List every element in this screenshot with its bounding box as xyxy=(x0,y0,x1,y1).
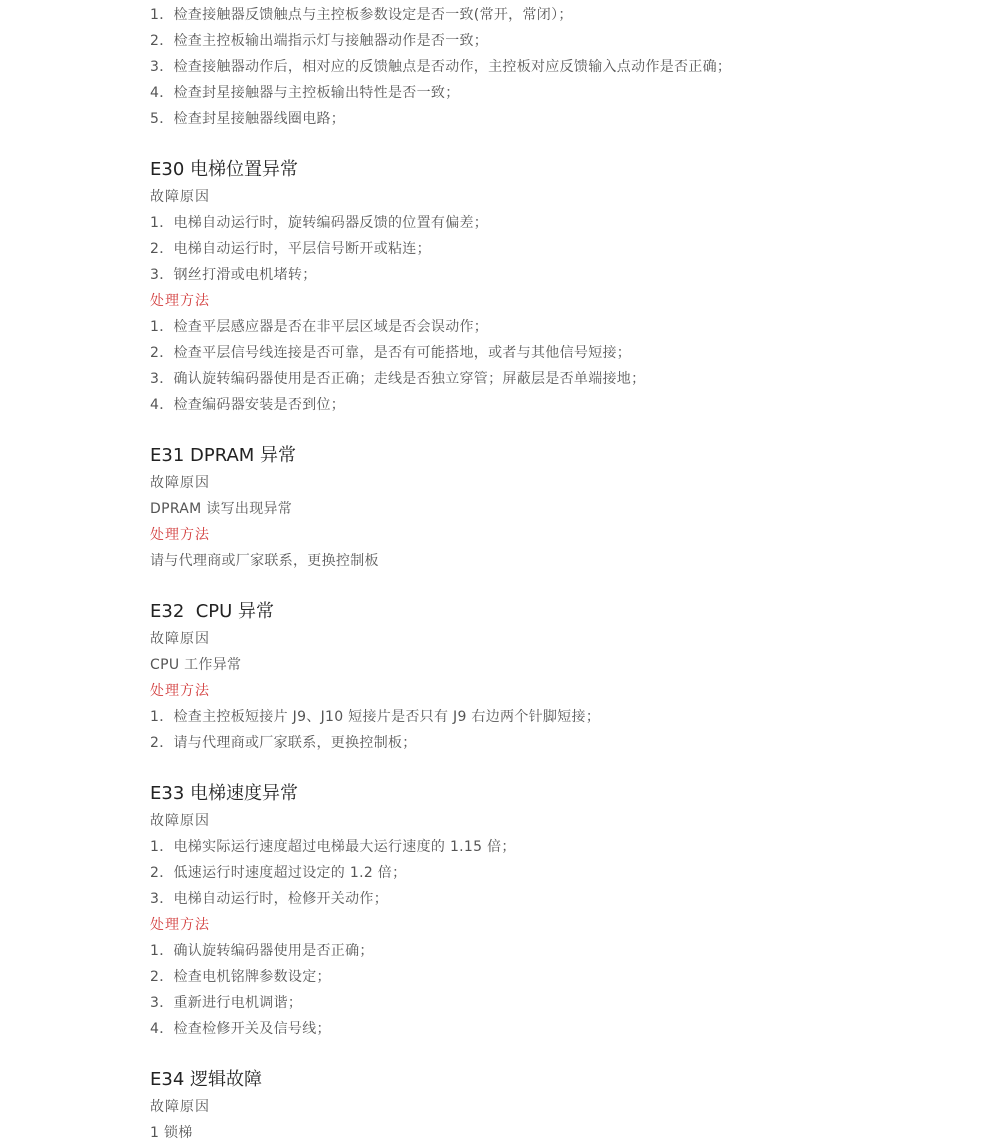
list-item: 4．检查检修开关及信号线； xyxy=(150,1016,870,1042)
section-e30: E30 电梯位置异常 故障原因 1．电梯自动运行时，旋转编码器反馈的位置有偏差；… xyxy=(150,156,870,418)
cause-label: 故障原因 xyxy=(150,808,870,834)
section-heading: E31 DPRAM 异常 xyxy=(150,442,870,470)
list-item: 3．检查接触器动作后，相对应的反馈触点是否动作，主控板对应反馈输入点动作是否正确… xyxy=(150,54,870,80)
solution-label: 处理方法 xyxy=(150,288,870,314)
list-item: 1．电梯实际运行速度超过电梯最大运行速度的 1.15 倍； xyxy=(150,834,870,860)
section-e34: E34 逻辑故障 故障原因 1 锁梯 xyxy=(150,1066,870,1145)
list-item: 2．检查电机铭牌参数设定； xyxy=(150,964,870,990)
list-item: 1．检查平层感应器是否在非平层区域是否会误动作； xyxy=(150,314,870,340)
cause-label: 故障原因 xyxy=(150,626,870,652)
list-item: 3．电梯自动运行时，检修开关动作； xyxy=(150,886,870,912)
list-item: 2．请与代理商或厂家联系，更换控制板； xyxy=(150,730,870,756)
section-heading: E32 CPU 异常 xyxy=(150,598,870,626)
list-item: 3．重新进行电机调谐； xyxy=(150,990,870,1016)
section-heading: E30 电梯位置异常 xyxy=(150,156,870,184)
solution-label: 处理方法 xyxy=(150,522,870,548)
list-item: DPRAM 读写出现异常 xyxy=(150,496,870,522)
section-e31: E31 DPRAM 异常 故障原因 DPRAM 读写出现异常 处理方法 请与代理… xyxy=(150,442,870,574)
section-e32: E32 CPU 异常 故障原因 CPU 工作异常 处理方法 1．检查主控板短接片… xyxy=(150,598,870,756)
list-item: 3．钢丝打滑或电机堵转； xyxy=(150,262,870,288)
document-body: 1．检查接触器反馈触点与主控板参数设定是否一致(常开，常闭）； 2．检查主控板输… xyxy=(150,2,870,1145)
list-item: 4．检查封星接触器与主控板输出特性是否一致； xyxy=(150,80,870,106)
list-item: 4．检查编码器安装是否到位； xyxy=(150,392,870,418)
list-item: 1．确认旋转编码器使用是否正确； xyxy=(150,938,870,964)
list-item: 5．检查封星接触器线圈电路； xyxy=(150,106,870,132)
list-item: 2．电梯自动运行时，平层信号断开或粘连； xyxy=(150,236,870,262)
solution-label: 处理方法 xyxy=(150,912,870,938)
section-heading: E34 逻辑故障 xyxy=(150,1066,870,1094)
list-item: 1．检查主控板短接片 J9、J10 短接片是否只有 J9 右边两个针脚短接； xyxy=(150,704,870,730)
cause-label: 故障原因 xyxy=(150,470,870,496)
solution-label: 处理方法 xyxy=(150,678,870,704)
list-item: 2．检查平层信号线连接是否可靠，是否有可能搭地，或者与其他信号短接； xyxy=(150,340,870,366)
list-item: 1 锁梯 xyxy=(150,1120,870,1145)
list-item: CPU 工作异常 xyxy=(150,652,870,678)
list-item: 1．电梯自动运行时，旋转编码器反馈的位置有偏差； xyxy=(150,210,870,236)
list-item: 2．检查主控板输出端指示灯与接触器动作是否一致； xyxy=(150,28,870,54)
list-item: 3．确认旋转编码器使用是否正确；走线是否独立穿管；屏蔽层是否单端接地； xyxy=(150,366,870,392)
cause-label: 故障原因 xyxy=(150,184,870,210)
list-item: 请与代理商或厂家联系，更换控制板 xyxy=(150,548,870,574)
cause-label: 故障原因 xyxy=(150,1094,870,1120)
list-item: 1．检查接触器反馈触点与主控板参数设定是否一致(常开，常闭）； xyxy=(150,2,870,28)
section-heading: E33 电梯速度异常 xyxy=(150,780,870,808)
section-e33: E33 电梯速度异常 故障原因 1．电梯实际运行速度超过电梯最大运行速度的 1.… xyxy=(150,780,870,1042)
list-item: 2．低速运行时速度超过设定的 1.2 倍； xyxy=(150,860,870,886)
intro-solution-list: 1．检查接触器反馈触点与主控板参数设定是否一致(常开，常闭）； 2．检查主控板输… xyxy=(150,2,870,132)
